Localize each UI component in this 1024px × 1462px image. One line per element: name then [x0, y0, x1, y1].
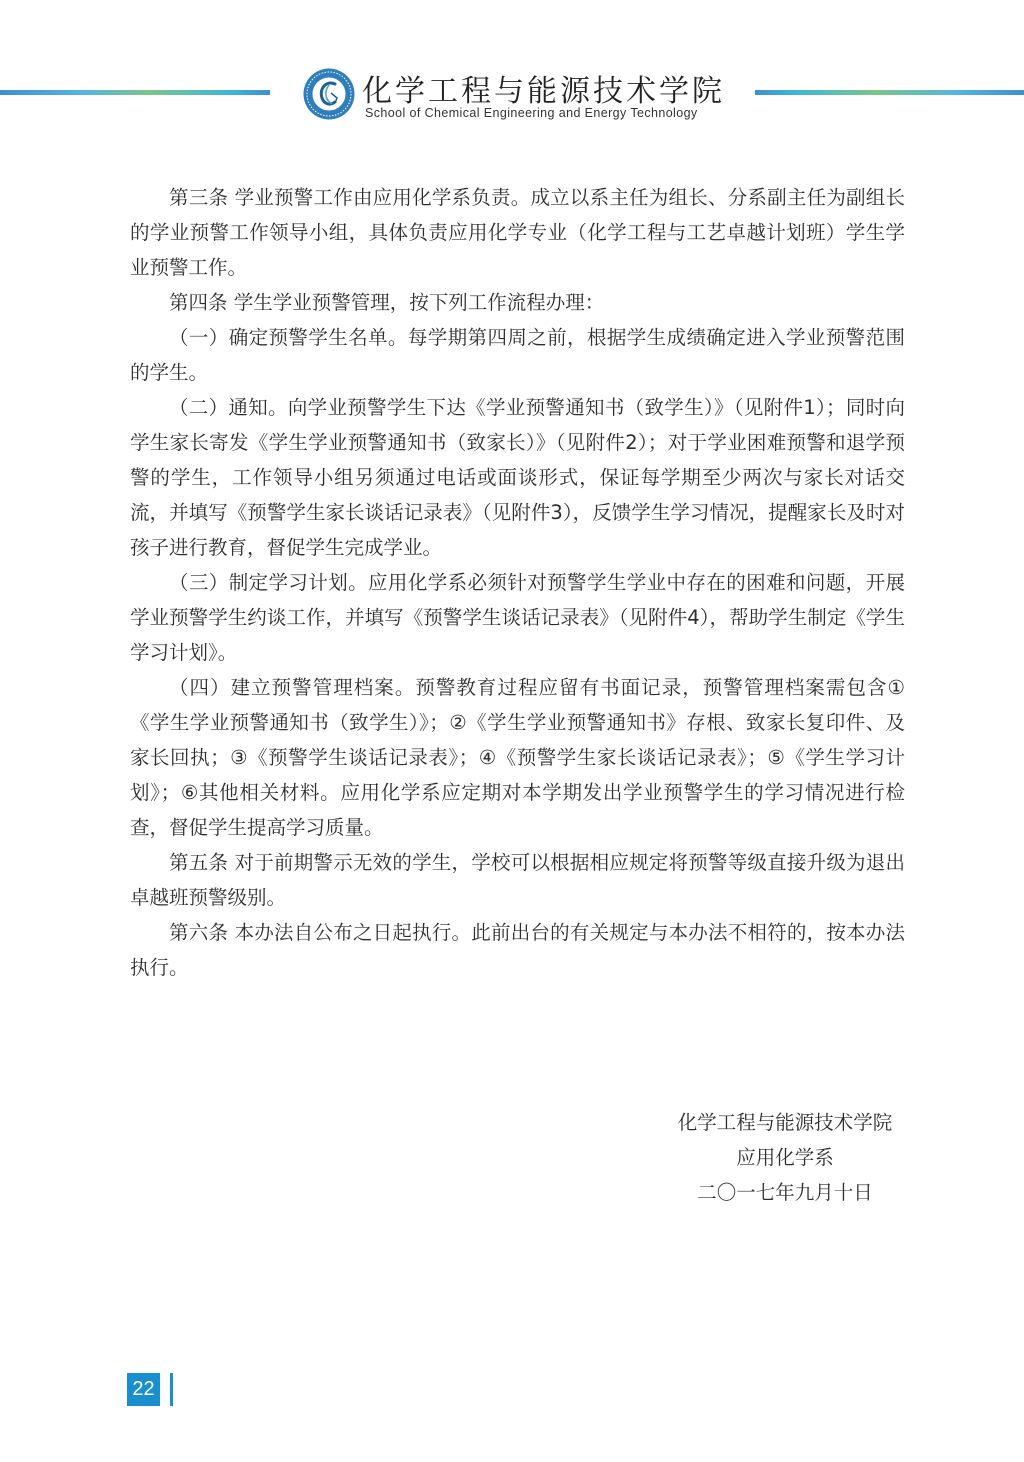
- article-3-paragraph: 第三条 学业预警工作由应用化学系负责。成立以系主任为组长、分系副主任为副组长的学…: [130, 180, 905, 285]
- page-number: 22: [127, 1373, 160, 1406]
- school-emblem-icon: [302, 67, 356, 121]
- step-4-paragraph: （四）建立预警管理档案。预警教育过程应留有书面记录，预警管理档案需包含①《学生学…: [130, 670, 905, 845]
- signature-department: 应用化学系: [640, 1140, 930, 1175]
- article-6-paragraph: 第六条 本办法自公布之日起执行。此前出台的有关规定与本办法不相符的，按本办法执行…: [130, 915, 905, 985]
- signature-date: 二〇一七年九月十日: [640, 1175, 930, 1210]
- step-3-paragraph: （三）制定学习计划。应用化学系必须针对预警学生学业中存在的困难和问题，开展学业预…: [130, 565, 905, 670]
- page-number-divider: [170, 1373, 173, 1406]
- step-2-paragraph: （二）通知。向学业预警学生下达《学业预警通知书（致学生）》（见附件1）；同时向学…: [130, 390, 905, 565]
- school-name-en: School of Chemical Engineering and Energ…: [365, 106, 698, 120]
- article-5-paragraph: 第五条 对于前期警示无效的学生，学校可以根据相应规定将预警等级直接升级为退出卓越…: [130, 845, 905, 915]
- document-body: 第三条 学业预警工作由应用化学系负责。成立以系主任为组长、分系副主任为副组长的学…: [130, 180, 905, 985]
- step-1-paragraph: （一）确定预警学生名单。每学期第四周之前，根据学生成绩确定进入学业预警范围的学生…: [130, 320, 905, 390]
- header-gradient-line-right: [755, 90, 1024, 95]
- article-4-paragraph: 第四条 学生学业预警管理，按下列工作流程办理：: [130, 285, 905, 320]
- signature-block: 化学工程与能源技术学院 应用化学系 二〇一七年九月十日: [640, 1105, 930, 1210]
- school-name-cn: 化学工程与能源技术学院: [362, 66, 725, 110]
- signature-institution: 化学工程与能源技术学院: [640, 1105, 930, 1140]
- header-gradient-line-left: [0, 90, 270, 95]
